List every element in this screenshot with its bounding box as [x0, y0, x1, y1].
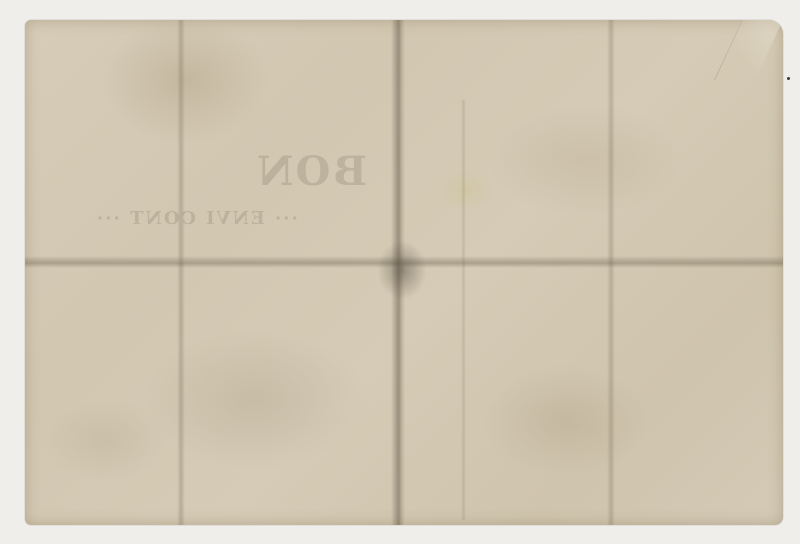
show-through-line: ··· ENVI CONT ···: [95, 208, 298, 229]
show-through-title: BON: [255, 148, 367, 195]
vertical-fold-left: [177, 20, 185, 525]
fold-intersection-stain: [377, 240, 427, 300]
scan-dust-speck: [787, 77, 790, 80]
worn-corner: [714, 20, 783, 80]
paper-note: BON ··· ENVI CONT ···: [25, 20, 783, 525]
vertical-fold-right: [607, 20, 615, 525]
vertical-fold-faint: [461, 100, 466, 520]
